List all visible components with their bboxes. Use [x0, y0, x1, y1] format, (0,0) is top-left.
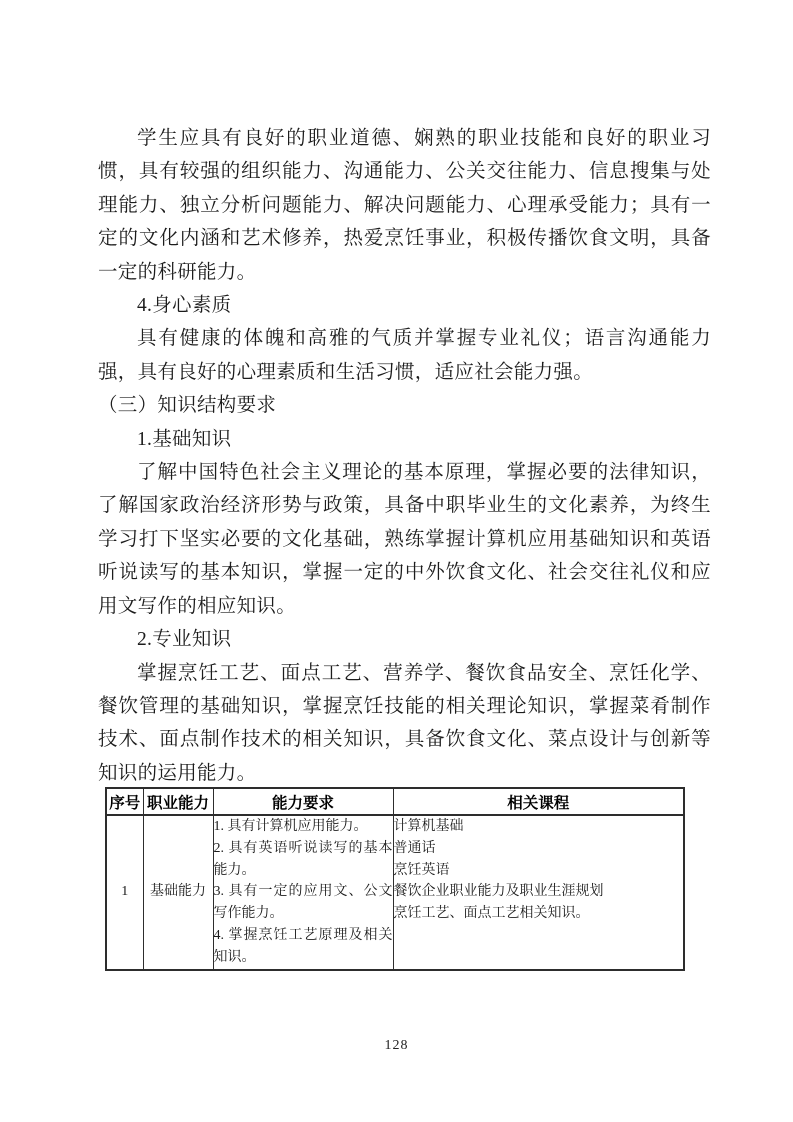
cell-ability: 基础能力: [143, 815, 213, 970]
vocational-ability-table: 序号 职业能力 能力要求 相关课程 1 基础能力 1. 具有计算机应用能力。2.…: [105, 787, 685, 971]
cell-no: 1: [106, 815, 143, 970]
cell-line: 1. 具有计算机应用能力。: [214, 816, 393, 838]
cell-requirements: 1. 具有计算机应用能力。2. 具有英语听说读写的基本能力。3. 具有一定的应用…: [213, 815, 393, 970]
paragraph-professional-qualities: 学生应具有良好的职业道德、娴熟的职业技能和良好的职业习惯，具有较强的组织能力、沟…: [98, 122, 711, 289]
table-row: 1 基础能力 1. 具有计算机应用能力。2. 具有英语听说读写的基本能力。3. …: [106, 815, 684, 970]
cell-line: 烹饪英语: [394, 860, 684, 882]
subheading-knowledge-structure-requirements: （三）知识结构要求: [98, 389, 711, 422]
column-header-courses: 相关课程: [393, 788, 684, 815]
document-body: 学生应具有良好的职业道德、娴熟的职业技能和良好的职业习惯，具有较强的组织能力、沟…: [98, 122, 711, 822]
subheading-basic-knowledge: 1.基础知识: [98, 423, 711, 456]
page-number: 128: [0, 1038, 793, 1054]
subheading-professional-knowledge: 2.专业知识: [98, 623, 711, 656]
cell-line: 烹饪工艺、面点工艺相关知识。: [394, 903, 684, 925]
cell-courses: 计算机基础普通话烹饪英语餐饮企业职业能力及职业生涯规划烹饪工艺、面点工艺相关知识…: [393, 815, 684, 970]
column-header-requirements: 能力要求: [213, 788, 393, 815]
column-header-no: 序号: [106, 788, 143, 815]
cell-line: 3. 具有一定的应用文、公文写作能力。: [214, 881, 393, 925]
column-header-ability: 职业能力: [143, 788, 213, 815]
paragraph-basic-knowledge: 了解中国特色社会主义理论的基本原理，掌握必要的法律知识，了解国家政治经济形势与政…: [98, 456, 711, 623]
cell-line: 计算机基础: [394, 816, 684, 838]
cell-line: 2. 具有英语听说读写的基本能力。: [214, 838, 393, 882]
paragraph-physical-mental-quality: 具有健康的体魄和高雅的气质并掌握专业礼仪；语言沟通能力强，具有良好的心理素质和生…: [98, 322, 711, 389]
cell-line: 餐饮企业职业能力及职业生涯规划: [394, 881, 684, 903]
document-page: 学生应具有良好的职业道德、娴熟的职业技能和良好的职业习惯，具有较强的组织能力、沟…: [0, 0, 793, 1122]
cell-line: 4. 掌握烹饪工艺原理及相关知识。: [214, 925, 393, 969]
paragraph-professional-knowledge: 掌握烹饪工艺、面点工艺、营养学、餐饮食品安全、烹饪化学、餐饮管理的基础知识，掌握…: [98, 657, 711, 791]
subheading-physical-mental-quality: 4.身心素质: [98, 289, 711, 322]
table-header-row: 序号 职业能力 能力要求 相关课程: [106, 788, 684, 815]
cell-line: 普通话: [394, 838, 684, 860]
